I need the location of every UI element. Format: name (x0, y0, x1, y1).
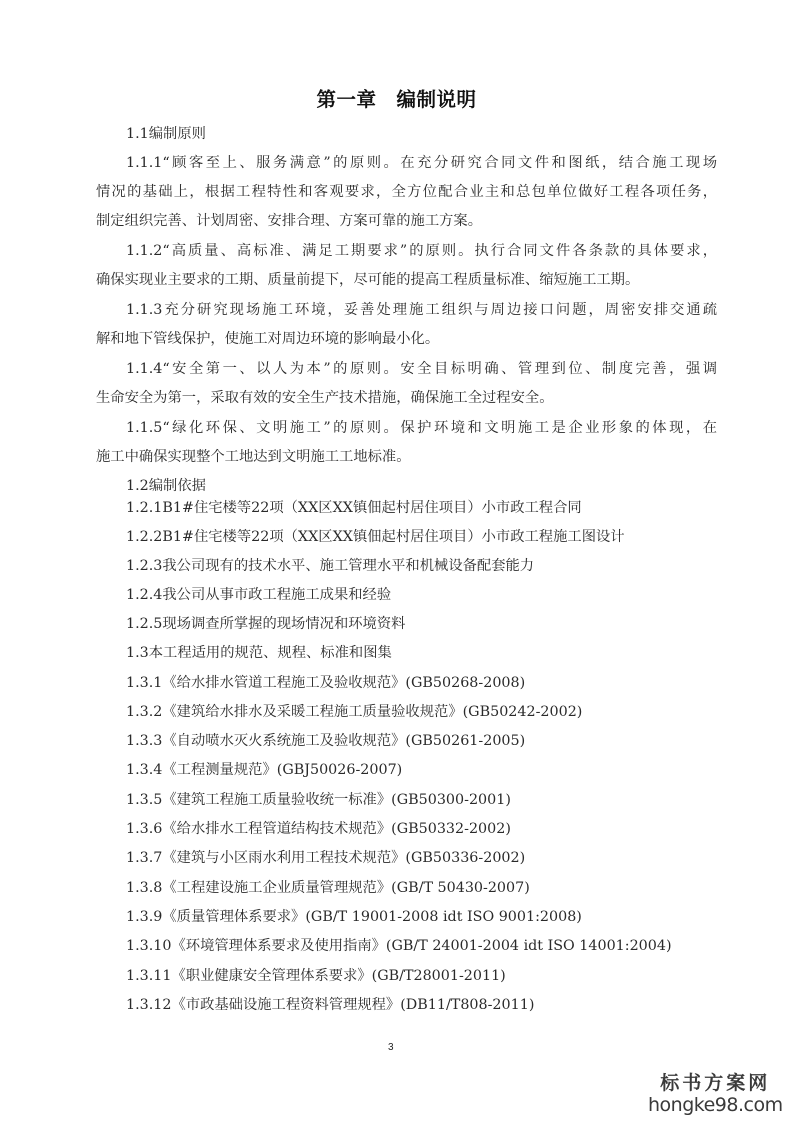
watermark-domain: hongke98.com (648, 1094, 783, 1116)
page-number: 3 (388, 1042, 394, 1053)
section-heading-1-3: 1.3本工程适用的规范、规程、标准和图集 (126, 643, 392, 663)
list-item-1-2-4: 1.2.4我公司从事市政工程施工成果和经验 (126, 585, 391, 605)
paragraph-1-1-3-line-1: 1.1.3充分研究现场施工环境，妥善处理施工组织与周边接口问题，周密安排交通疏 (126, 300, 717, 320)
list-item-1-3-2: 1.3.2《建筑给水排水及采暖工程施工质量验收规范》(GB50242-2002) (126, 702, 582, 722)
list-item-1-2-1: 1.2.1B1#住宅楼等22项（XX区XX镇佃起村居住项目）小市政工程合同 (126, 498, 582, 518)
paragraph-1-1-1-line-1: 1.1.1“顾客至上、服务满意”的原则。在充分研究合同文件和图纸，结合施工现场 (126, 153, 717, 173)
list-item-1-3-1: 1.3.1《给水排水管道工程施工及验收规范》(GB50268-2008) (126, 673, 525, 693)
paragraph-1-1-4-line-1: 1.1.4“安全第一、以人为本”的原则。安全目标明确、管理到位、制度完善，强调 (126, 359, 717, 379)
list-item-1-3-6: 1.3.6《给水排水工程管道结构技术规范》(GB50332-2002) (126, 819, 511, 839)
list-item-1-3-7: 1.3.7《建筑与小区雨水利用工程技术规范》(GB50336-2002) (126, 848, 525, 868)
list-item-1-3-3: 1.3.3《自动喷水灭火系统施工及验收规范》(GB50261-2005) (126, 731, 525, 751)
list-item-1-3-4: 1.3.4《工程测量规范》(GBJ50026-2007) (126, 760, 402, 780)
paragraph-1-1-5-line-1: 1.1.5“绿化环保、文明施工”的原则。保护环境和文明施工是企业形象的体现，在 (126, 418, 717, 438)
list-item-1-3-8: 1.3.8《工程建设施工企业质量管理规范》(GB/T 50430-2007) (126, 878, 530, 898)
list-item-1-3-5: 1.3.5《建筑工程施工质量验收统一标准》(GB50300-2001) (126, 790, 511, 810)
list-item-1-3-10: 1.3.10《环境管理体系要求及使用指南》(GB/T 24001-2004 id… (126, 936, 672, 956)
paragraph-1-1-4-line-2: 生命安全为第一，采取有效的安全生产技术措施，确保施工全过程安全。 (96, 388, 554, 408)
watermark: 标书方案网 hongke98.com (648, 1072, 783, 1116)
paragraph-1-1-2-line-1: 1.1.2“高质量、高标准、满足工期要求”的原则。执行合同文件各条款的具体要求， (126, 241, 717, 261)
list-item-1-2-3: 1.2.3我公司现有的技术水平、施工管理水平和机械设备配套能力 (126, 556, 534, 576)
watermark-chinese: 标书方案网 (648, 1072, 783, 1094)
document-page: 第一章 编制说明 1.1编制原则 1.1.1“顾客至上、服务满意”的原则。在充分… (0, 0, 793, 1122)
section-heading-1-2: 1.2编制依据 (126, 476, 206, 496)
paragraph-1-1-1-line-2: 情况的基础上，根据工程特性和客观要求，全方位配合业主和总包单位做好工程各项任务， (96, 182, 717, 202)
list-item-1-3-9: 1.3.9《质量管理体系要求》(GB/T 19001-2008 idt ISO … (126, 907, 582, 927)
paragraph-1-1-3-line-2: 解和地下管线保护，使施工对周边环境的影响最小化。 (96, 329, 439, 349)
list-item-1-2-2: 1.2.2B1#住宅楼等22项（XX区XX镇佃起村居住项目）小市政工程施工图设计 (126, 527, 625, 547)
list-item-1-3-11: 1.3.11《职业健康安全管理体系要求》(GB/T28001-2011) (126, 966, 506, 986)
section-heading-1-1: 1.1编制原则 (126, 124, 206, 144)
paragraph-1-1-5-line-2: 施工中确保实现整个工地达到文明施工工地标准。 (96, 447, 411, 467)
paragraph-1-1-2-line-2: 确保实现业主要求的工期、质量前提下，尽可能的提高工程质量标准、缩短施工工期。 (96, 270, 639, 290)
list-item-1-2-5: 1.2.5现场调查所掌握的现场情况和环境资料 (126, 614, 405, 634)
list-item-1-3-12: 1.3.12《市政基础设施工程资料管理规程》(DB11/T808-2011) (126, 995, 534, 1015)
chapter-title: 第一章 编制说明 (0, 84, 793, 112)
paragraph-1-1-1-line-3: 制定组织完善、计划周密、安排合理、方案可靠的施工方案。 (96, 211, 482, 231)
